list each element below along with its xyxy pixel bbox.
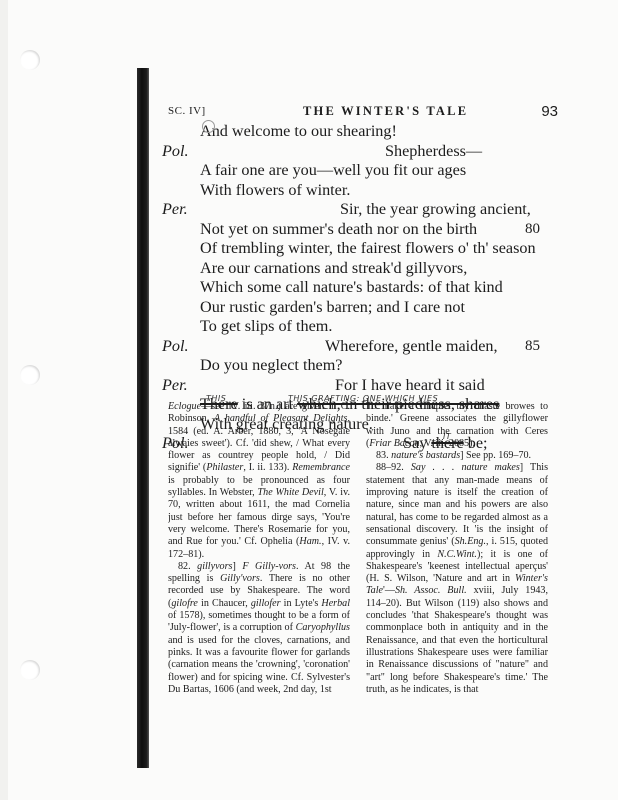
verse-line: Which some call nature's bastards: of th… [160, 278, 560, 298]
punch-hole [20, 50, 40, 70]
footnote-text: , V. iii. 2085). [420, 438, 475, 449]
verse-line: To get slips of them. [160, 317, 560, 337]
verse-line: Pol.Wherefore, gentle maiden,85 [160, 337, 560, 357]
verse-line-text: Wherefore, gentle maiden, [325, 337, 498, 357]
verse-line: Per.Sir, the year growing ancient, [160, 200, 560, 220]
footnote-paragraph: 82. gillyvors] F Gilly-vors. At 98 the s… [168, 561, 350, 696]
verse-line: Of trembling winter, the fairest flowers… [160, 239, 560, 259]
footnote-text: ] [232, 561, 242, 572]
footnote-text: The White Devil [258, 487, 324, 498]
verse-line-text: Of trembling winter, the fairest flowers… [200, 239, 536, 259]
pencil-circle-mark [202, 120, 215, 133]
footnote-text: Philaster [206, 462, 243, 473]
verse-line-text: Which some call nature's bastards: of th… [200, 278, 503, 298]
footnote-text: Sh.Eng. [455, 536, 486, 547]
footnote-text: Eclogue [168, 401, 201, 412]
speaker-name: Per. [162, 376, 188, 396]
footnote-text: gillofer [251, 598, 281, 609]
page-title: THE WINTER'S TALE [303, 104, 468, 119]
footnote-column-right: To make a Chaplet thy chaste browes to b… [366, 401, 548, 771]
speaker-name: Per. [162, 200, 188, 220]
footnote-text: Say . . . nature makes [411, 462, 520, 473]
verse-line-text: Sir, the year growing ancient, [340, 200, 531, 220]
footnote-text: N.C.Wint. [437, 549, 477, 560]
footnote-text: ] This statement that any man-made means… [366, 462, 548, 547]
speaker-name: Pol. [162, 337, 189, 357]
verse-line-text: Do you neglect them? [200, 356, 343, 376]
footnote-text: 82. [178, 561, 197, 572]
punch-hole [20, 660, 40, 680]
page-edge [0, 0, 8, 800]
verse-line: Do you neglect them? [160, 356, 560, 376]
verse-line-text: Our rustic garden's barren; and I care n… [200, 298, 465, 318]
footnote-text: Ham. [299, 536, 321, 547]
footnote-text: Remembrance [292, 462, 350, 473]
punch-hole [20, 365, 40, 385]
verse-line-text: And welcome to our shearing! [200, 122, 397, 142]
footnote-text: gillyvors [197, 561, 232, 572]
verse-line: A fair one are you—well you fit our ages [160, 161, 560, 181]
footnote-text: F Gilly-vors [242, 561, 296, 572]
verse-line: Are our carnations and streak'd gillyvor… [160, 259, 560, 279]
verse-line-text: Are our carnations and streak'd gillyvor… [200, 259, 467, 279]
line-number: 85 [525, 337, 540, 357]
scene-label: SC. IV] [168, 105, 206, 117]
verse-line-text: To get slips of them. [200, 317, 332, 337]
footnote-text: and is used for the cloves, carnations, … [168, 635, 350, 695]
footnote-text: Gilly'vors [220, 573, 260, 584]
footnote-paragraph: To make a Chaplet thy chaste browes to b… [366, 401, 548, 450]
footnote-column-left: Eclogue—see IV. iii. 37n.) are given in … [168, 401, 350, 771]
footnote-text: Sh. Assoc. Bull. [395, 585, 467, 596]
footnote-paragraph: 83. nature's bastards] See pp. 169–70. [366, 450, 548, 462]
speaker-name: Pol. [162, 142, 189, 162]
footnote-text: gilofre [171, 598, 198, 609]
verse-line: Our rustic garden's barren; and I care n… [160, 298, 560, 318]
footnote-paragraph: Eclogue—see IV. iii. 37n.) are given in … [168, 401, 350, 561]
footnote-text: ] See pp. 169–70. [460, 450, 531, 461]
footnote-text: 88–92. [376, 462, 411, 473]
verse-line: Not yet on summer's death nor on the bir… [160, 220, 560, 240]
footnote-text: nature's bastards [391, 450, 460, 461]
verse-line-text: Not yet on summer's death nor on the bir… [200, 220, 477, 240]
footnote-text: Caryophyllus [296, 622, 350, 633]
verse-line: With flowers of winter. [160, 181, 560, 201]
footnote-text: in Lyte's [281, 598, 322, 609]
footnote-paragraph: 88–92. Say . . . nature makes] This stat… [366, 462, 548, 696]
footnote-text: in Chaucer, [198, 598, 251, 609]
verse-line-text: With flowers of winter. [200, 181, 350, 201]
footnote-text: '— [383, 585, 395, 596]
footnote-text: 83. [376, 450, 391, 461]
page-number: 93 [541, 103, 558, 120]
verse-line: Pol.Shepherdess— [160, 142, 560, 162]
footnote-text: A handful of Pleasant Delights [214, 413, 347, 424]
running-header: SC. IV] THE WINTER'S TALE 93 [168, 103, 558, 123]
verse-line: And welcome to our shearing! [160, 122, 560, 142]
footnote-text: , I. ii. 133). [243, 462, 292, 473]
footnote-text: xviii, July 1943, 114–20). But Wilson (1… [366, 585, 548, 694]
footnote-text: Herbal [321, 598, 350, 609]
footnote-text: Friar Bacon [369, 438, 419, 449]
line-number: 80 [525, 220, 540, 240]
binding-shadow [137, 68, 149, 768]
verse-line-text: A fair one are you—well you fit our ages [200, 161, 466, 181]
verse-line-text: Shepherdess— [385, 142, 482, 162]
